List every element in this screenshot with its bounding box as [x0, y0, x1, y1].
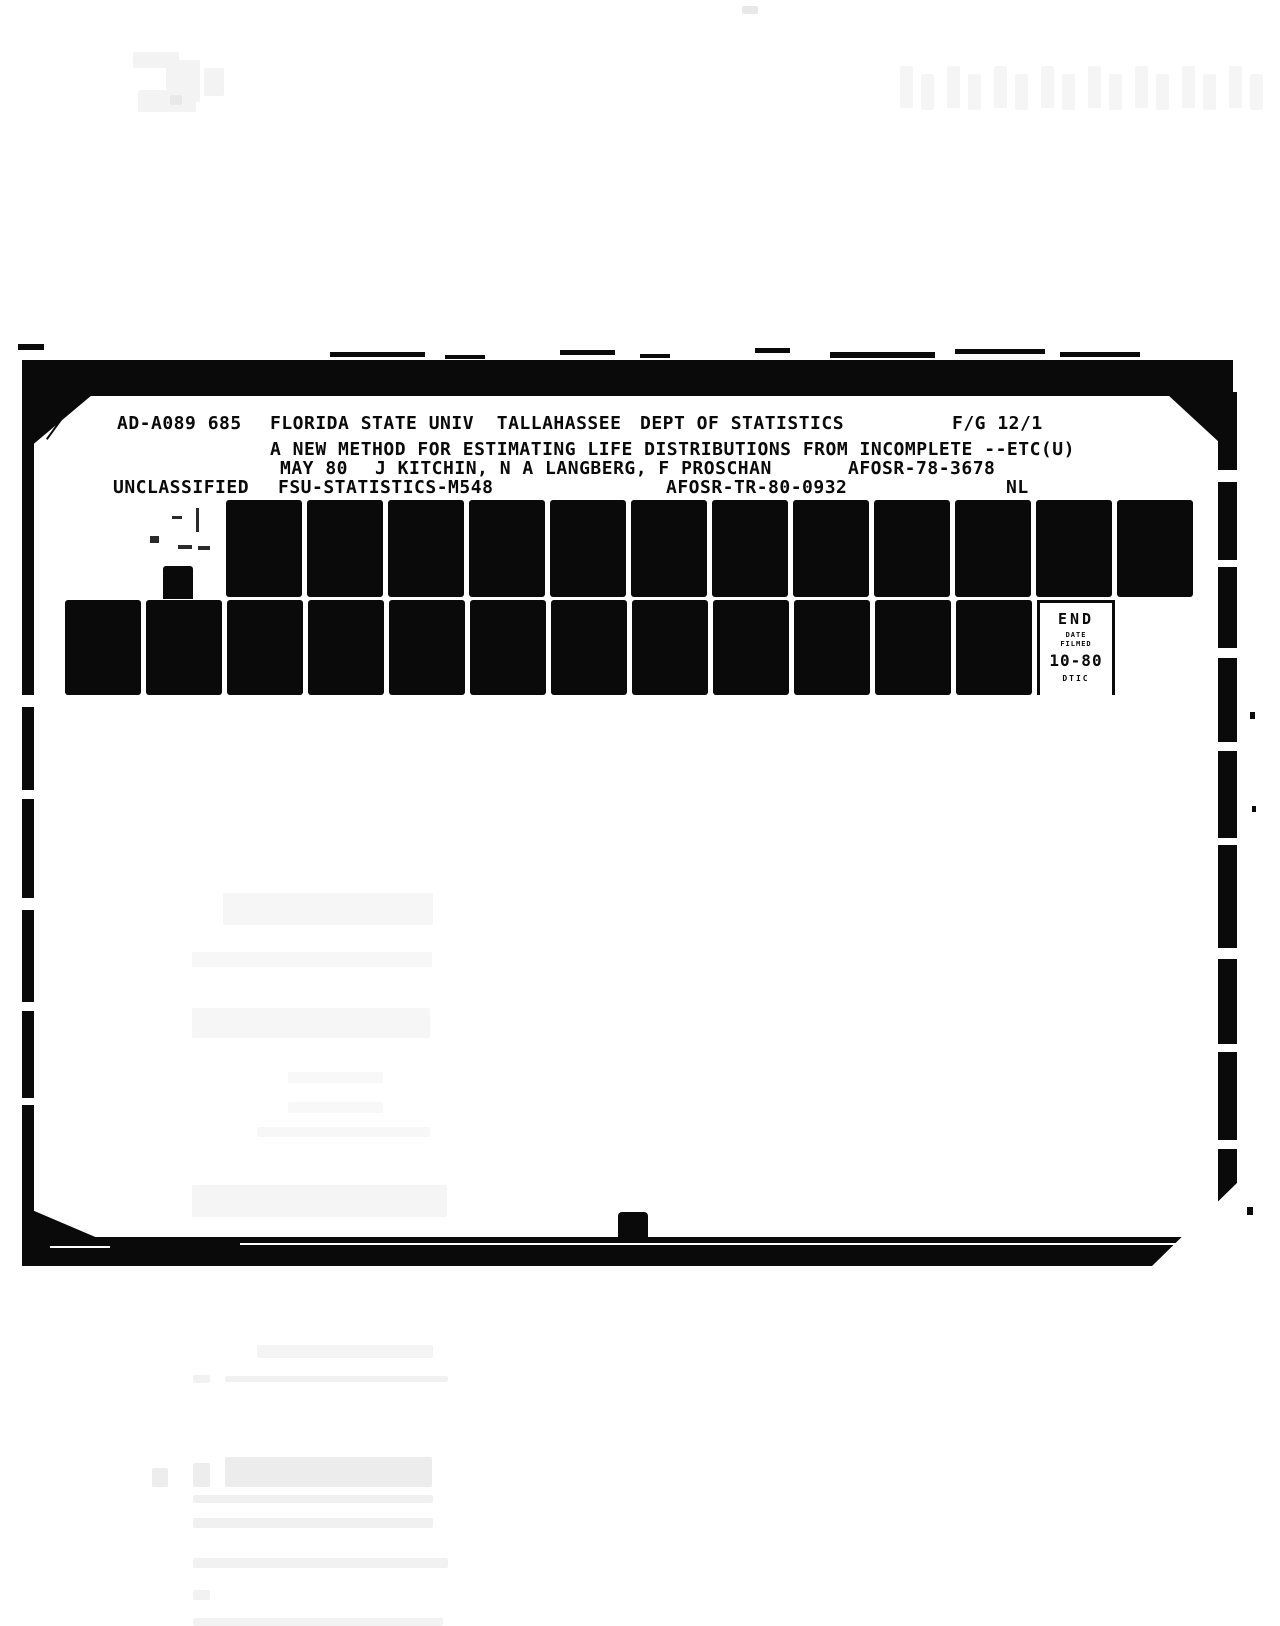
- contract-number: AFOSR-78-3678: [848, 460, 995, 478]
- microfiche-frame: [1036, 500, 1112, 597]
- ghost-text-row: [152, 1468, 168, 1487]
- scan-noise-dash: [18, 344, 44, 350]
- scan-noise-dash: [330, 352, 425, 357]
- scan-scratch-line: [50, 1246, 110, 1248]
- scan-artifact-bar: [1135, 66, 1148, 108]
- microfiche-frame: [713, 600, 789, 695]
- ghost-text-row: [192, 1008, 430, 1038]
- ghost-text-row: [257, 1127, 430, 1137]
- pen-mark: [150, 536, 159, 543]
- scan-artifact-bar: [1156, 74, 1169, 110]
- scan-artifact-bar: [1041, 66, 1054, 108]
- classification-label: UNCLASSIFIED: [113, 479, 249, 497]
- ad-number: AD-A089 685: [117, 415, 242, 433]
- scan-noise-dash: [1060, 352, 1140, 357]
- scan-noise-dash: [955, 349, 1045, 354]
- ghost-text-row: [223, 893, 433, 925]
- microfiche-frame: [470, 600, 546, 695]
- scan-speck: [1247, 1207, 1253, 1215]
- scan-speck: [1250, 712, 1255, 719]
- film-notch: [22, 898, 34, 910]
- scan-noise-dash: [640, 354, 670, 358]
- date-filmed-value: 10-80: [1040, 651, 1112, 670]
- ghost-text-row: [193, 1618, 443, 1626]
- scan-artifact-bar: [1229, 66, 1242, 108]
- film-notch: [1218, 1140, 1237, 1149]
- date-filmed-label-1: DATE: [1040, 631, 1112, 640]
- card-corner-cut-topright: [1168, 395, 1220, 443]
- scan-noise-dash: [560, 350, 615, 355]
- microfiche-frame: [469, 500, 545, 597]
- film-tab-top: [163, 566, 193, 599]
- card-border-right: [1218, 392, 1237, 1240]
- film-notch: [1218, 838, 1237, 845]
- card-border-top: [22, 360, 1233, 396]
- ghost-text-row: [193, 1375, 210, 1383]
- scan-artifact-bar: [1203, 74, 1216, 110]
- microfiche-frame: [389, 600, 465, 695]
- pen-mark: [196, 508, 199, 532]
- microfiche-frame: [794, 600, 870, 695]
- source-dept: DEPT OF STATISTICS: [640, 415, 844, 433]
- film-notch: [1218, 948, 1237, 959]
- field-group-code: F/G 12/1: [952, 415, 1043, 433]
- scan-artifact-bar: [1109, 74, 1122, 110]
- film-notch: [1218, 470, 1237, 482]
- dtic-label: DTIC: [1040, 674, 1112, 683]
- film-tab-bottom: [618, 1212, 648, 1238]
- pen-mark: [178, 545, 192, 549]
- ghost-text-row: [193, 1495, 433, 1503]
- microfiche-frame: [226, 500, 302, 597]
- report-authors: J KITCHIN, N A LANGBERG, F PROSCHAN: [375, 460, 772, 478]
- microfiche-frame: [793, 500, 869, 597]
- scan-artifact: [170, 95, 182, 105]
- report-date: MAY 80: [280, 460, 348, 478]
- microfiche-frame: [956, 600, 1032, 695]
- film-notch: [22, 790, 34, 799]
- microfiche-frame: [227, 600, 303, 695]
- end-label: END: [1040, 610, 1112, 628]
- scan-artifact-bar: [947, 66, 960, 108]
- date-filmed-label-2: FILMED: [1040, 640, 1112, 649]
- microfiche-frame: [632, 600, 708, 695]
- scan-artifact: [138, 90, 196, 112]
- microfiche-frame: [1117, 500, 1193, 597]
- scanned-document-page: AD-A089 685 FLORIDA STATE UNIV TALLAHASS…: [0, 0, 1280, 1626]
- film-notch: [1218, 560, 1237, 567]
- ghost-text-row: [193, 1518, 433, 1528]
- pen-mark: [172, 516, 182, 519]
- ghost-text-row: [192, 952, 432, 967]
- scan-artifact-bar: [1062, 74, 1075, 110]
- scan-artifact-bar: [994, 66, 1007, 108]
- scan-artifact: [204, 68, 224, 96]
- ghost-text-row: [193, 1590, 210, 1600]
- ghost-text-row: [288, 1072, 383, 1083]
- film-notch: [22, 1098, 34, 1105]
- microfiche-frame: [146, 600, 222, 695]
- scan-speck: [1252, 806, 1256, 812]
- scan-artifact-bar: [1015, 74, 1028, 110]
- scan-artifact-bar: [1088, 66, 1101, 108]
- scan-artifact-bar: [921, 74, 934, 110]
- ghost-text-row: [257, 1345, 433, 1358]
- scan-noise-dash: [830, 352, 935, 358]
- ghost-text-row: [288, 1102, 383, 1113]
- film-notch: [22, 695, 34, 707]
- monitor-number: AFOSR-TR-80-0932: [666, 479, 847, 497]
- film-notch: [1218, 742, 1237, 751]
- ghost-text-row: [193, 1463, 210, 1487]
- scan-artifact: [742, 6, 758, 14]
- card-corner-cut-bottomleft: [32, 1210, 100, 1239]
- scan-scratch-line: [240, 1243, 1230, 1245]
- scan-artifact-bar: [1250, 74, 1263, 110]
- microfiche-frame: [550, 500, 626, 597]
- microfiche-frame: [712, 500, 788, 597]
- pen-mark: [198, 546, 210, 550]
- scan-artifact-bar: [968, 74, 981, 110]
- film-notch: [22, 1002, 34, 1011]
- microfiche-frame: [65, 600, 141, 695]
- microfiche-frame: [551, 600, 627, 695]
- microfiche-frame: [875, 600, 951, 695]
- distribution-code: NL: [1006, 479, 1029, 497]
- end-of-film-box: END DATE FILMED 10-80 DTIC: [1037, 600, 1115, 695]
- microfiche-frame: [308, 600, 384, 695]
- microfiche-frame: [955, 500, 1031, 597]
- microfiche-frame: [388, 500, 464, 597]
- card-border-bottom: [22, 1237, 1237, 1266]
- ghost-text-row: [192, 1185, 447, 1217]
- film-notch: [1218, 648, 1237, 658]
- scan-noise-dash: [755, 348, 790, 353]
- ghost-text-row: [193, 1558, 448, 1568]
- ghost-text-row: [225, 1457, 432, 1487]
- source-org: FLORIDA STATE UNIV TALLAHASSEE: [270, 415, 621, 433]
- film-notch: [1218, 1044, 1237, 1052]
- ghost-text-row: [225, 1376, 448, 1382]
- report-number: FSU-STATISTICS-M548: [278, 479, 493, 497]
- scan-artifact-bar: [900, 66, 913, 108]
- report-title: A NEW METHOD FOR ESTIMATING LIFE DISTRIB…: [270, 441, 1075, 459]
- card-border-left: [22, 360, 34, 1240]
- scan-noise-dash: [445, 355, 485, 359]
- microfiche-frame: [631, 500, 707, 597]
- scan-artifact-bar: [1182, 66, 1195, 108]
- microfiche-frame: [307, 500, 383, 597]
- microfiche-frame: [874, 500, 950, 597]
